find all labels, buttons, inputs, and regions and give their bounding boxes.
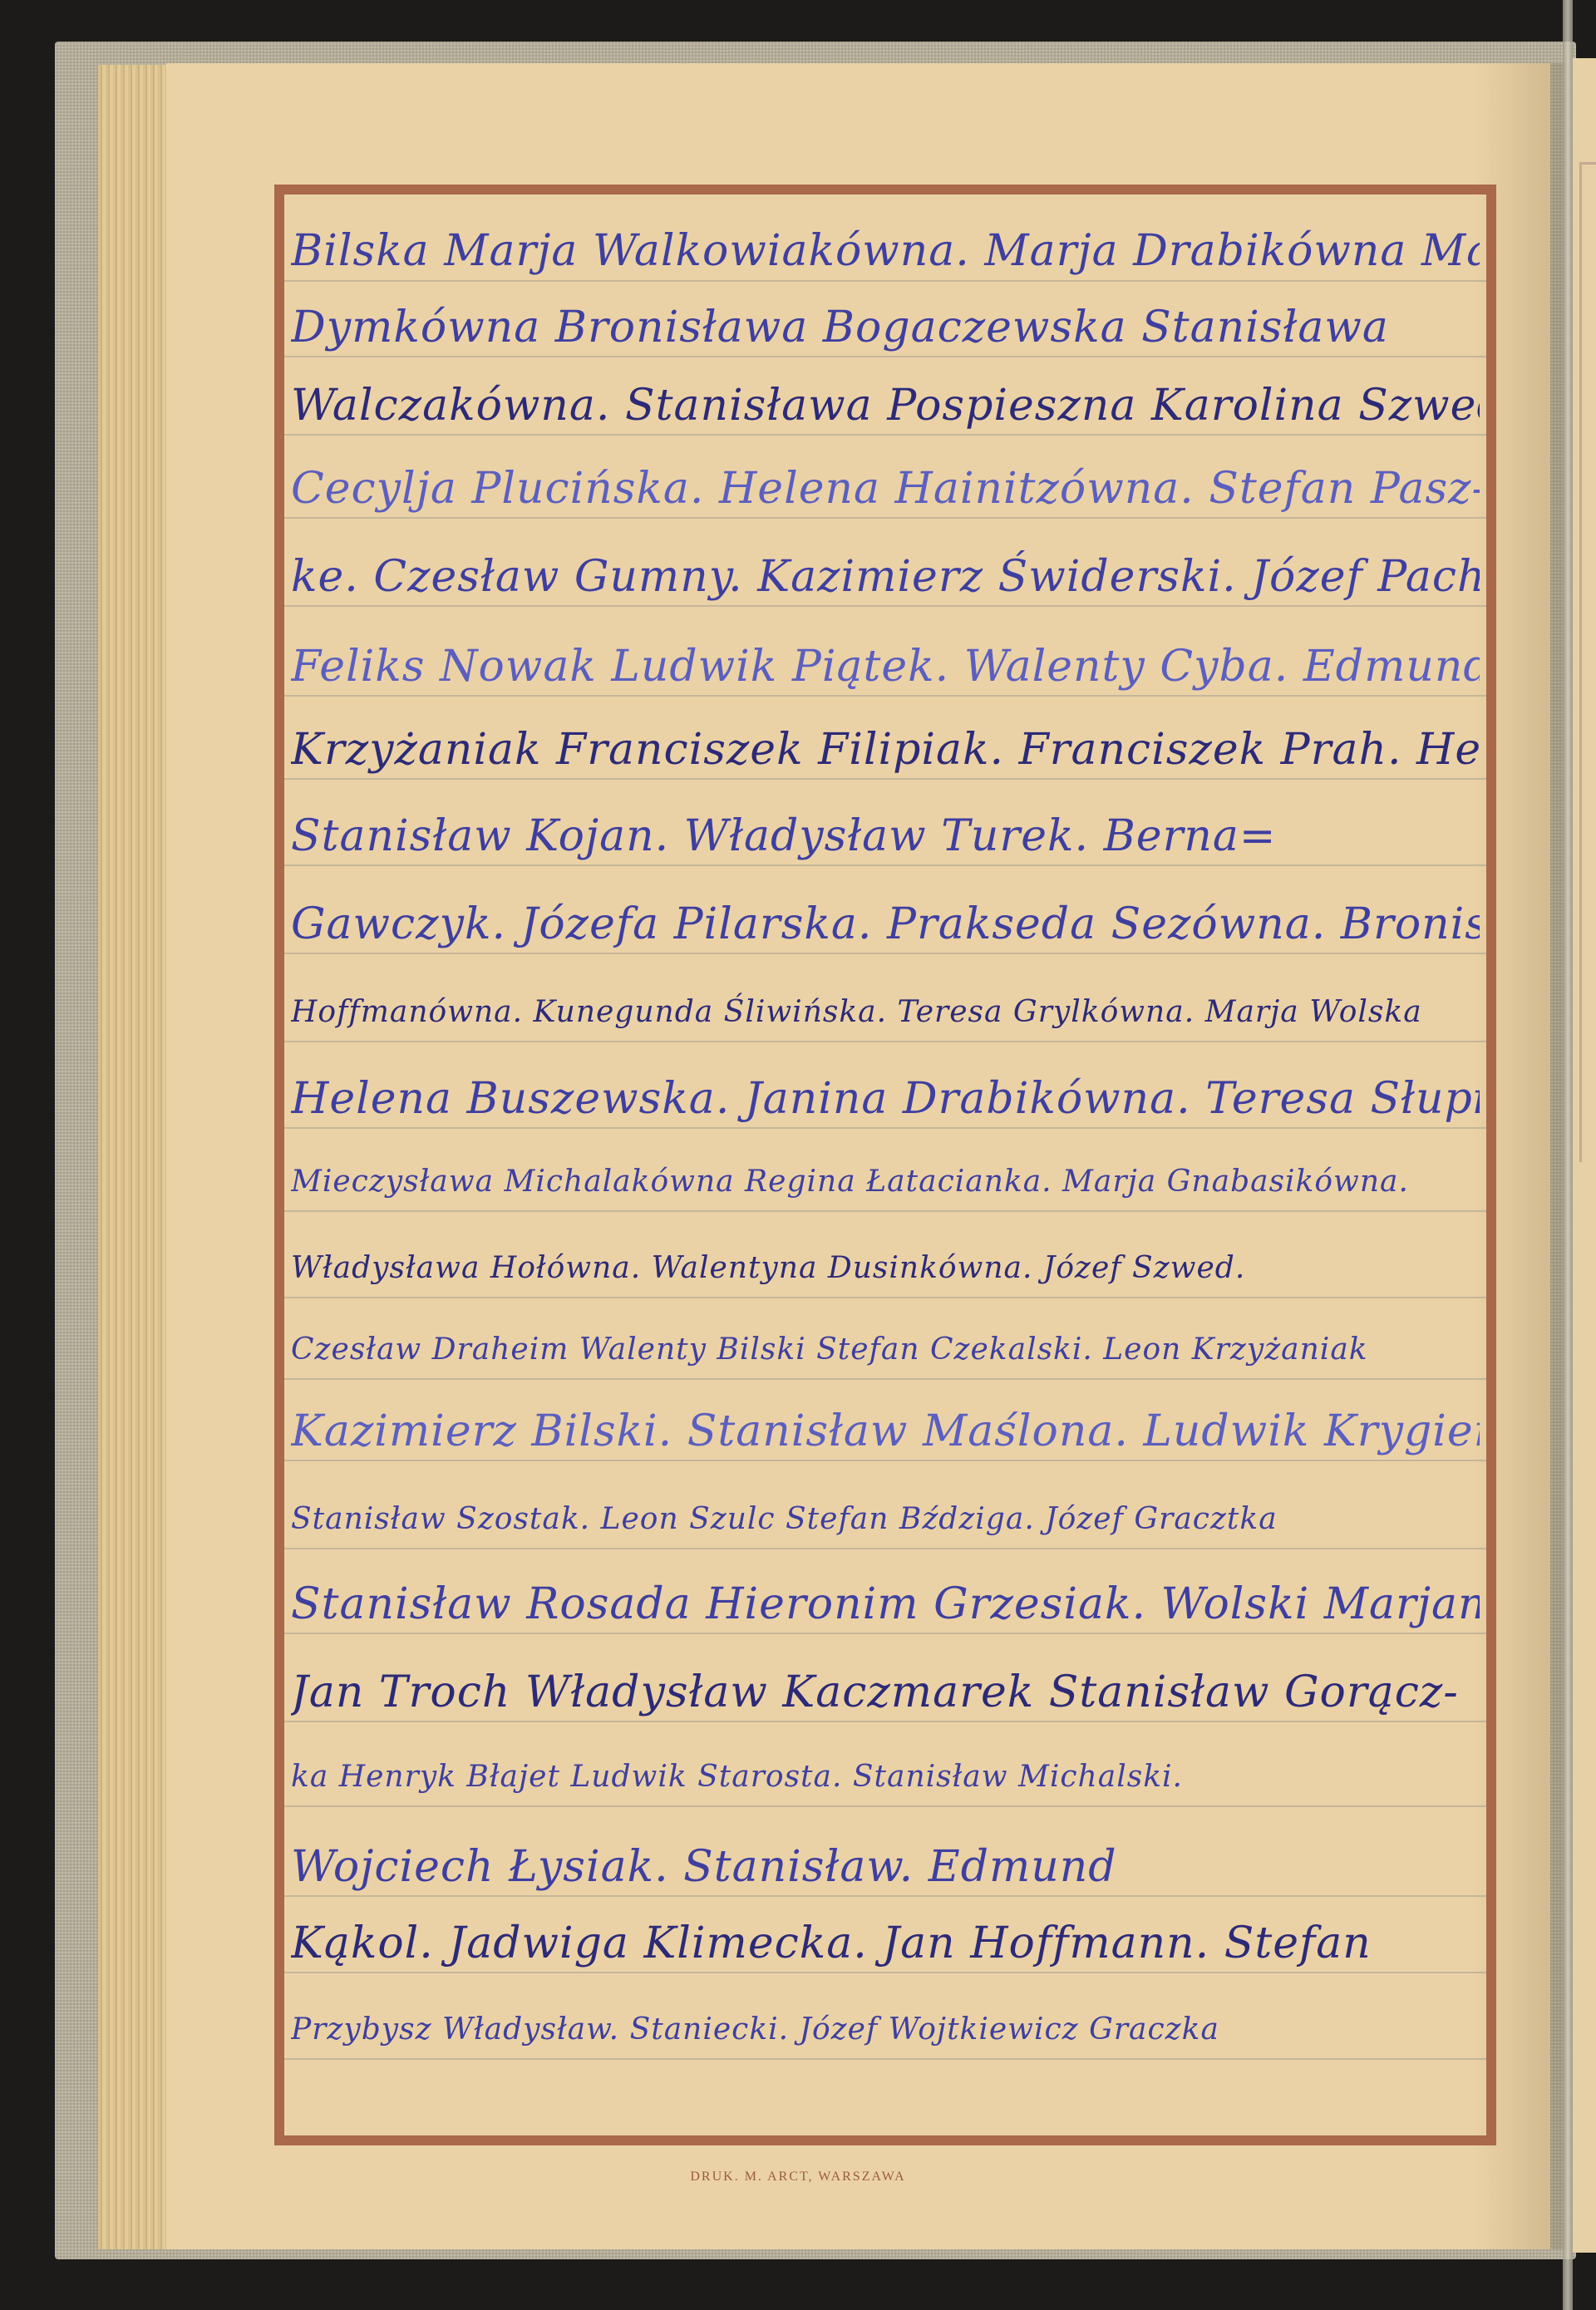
- binding-strip: [1563, 0, 1573, 2310]
- next-page-frame: [1579, 162, 1596, 1162]
- entry-line: ke. Czesław Gumny. Kazimierz Świderski. …: [291, 535, 1480, 618]
- entry-line: Czesław Draheim Walenty Bilski Stefan Cz…: [291, 1308, 1480, 1391]
- entry-line: Stanisław Szostak. Leon Szulc Stefan Bźd…: [291, 1478, 1480, 1561]
- entry-line: Mieczysława Michalakówna Regina Łatacian…: [291, 1140, 1480, 1224]
- entry-line: Jan Troch Władysław Kaczmarek Stanisław …: [291, 1651, 1480, 1734]
- entry-line: Wojciech Łysiak. Stanisław. Edmund: [291, 1825, 1480, 1909]
- entry-line: Walczakówna. Stanisława Pospieszna Karol…: [291, 364, 1480, 447]
- entry-line: Stanisław Kojan. Władysław Turek. Berna=: [291, 795, 1480, 878]
- page-block-edges: [98, 65, 168, 2249]
- entry-line: Kazimierz Bilski. Stanisław Maślona. Lud…: [291, 1390, 1480, 1473]
- entry-line: Stanisław Rosada Hieronim Grzesiak. Wols…: [291, 1563, 1480, 1646]
- entry-line: Przybysz Władysław. Staniecki. Józef Woj…: [291, 1988, 1480, 2071]
- entry-line: Gawczyk. Józefa Pilarska. Prakseda Sezów…: [291, 883, 1480, 966]
- printer-imprint: DRUK. M. ARCT, WARSZAWA: [0, 2170, 1596, 2184]
- entry-line: ka Henryk Błajet Ludwik Starosta. Stanis…: [291, 1736, 1480, 1819]
- entry-line: Kąkol. Jadwiga Klimecka. Jan Hoffmann. S…: [291, 1902, 1480, 1985]
- entry-line: Dymkówna Bronisława Bogaczewska Stanisła…: [291, 286, 1480, 369]
- entry-line: Cecylja Plucińska. Helena Hainitzówna. S…: [291, 447, 1480, 530]
- entry-line: Krzyżaniak Franciszek Filipiak. Francisz…: [291, 708, 1480, 791]
- entry-line: Helena Buszewska. Janina Drabikówna. Ter…: [291, 1057, 1480, 1140]
- entry-line: Feliks Nowak Ludwik Piątek. Walenty Cyba…: [291, 625, 1480, 708]
- entry-line: Władysława Hołówna. Walentyna Dusinkówna…: [291, 1227, 1480, 1310]
- entry-line: Hoffmanówna. Kunegunda Śliwińska. Teresa…: [291, 971, 1480, 1054]
- entry-line: Bilska Marja Walkowiakówna. Marja Drabik…: [291, 209, 1480, 293]
